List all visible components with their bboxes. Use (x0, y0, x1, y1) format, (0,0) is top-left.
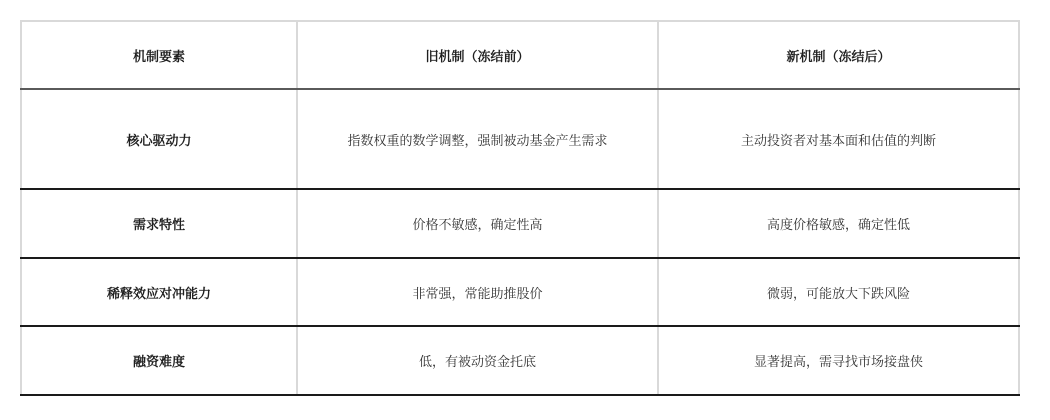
row-factor: 稀释效应对冲能力 (21, 258, 297, 326)
row-new-value: 高度价格敏感，确定性低 (658, 189, 1019, 258)
row-old-value: 非常强，常能助推股价 (297, 258, 658, 326)
row-new-value: 主动投资者对基本面和估值的判断 (658, 89, 1019, 189)
table-row: 核心驱动力 指数权重的数学调整，强制被动基金产生需求 主动投资者对基本面和估值的… (21, 89, 1019, 189)
row-factor: 需求特性 (21, 189, 297, 258)
row-factor: 核心驱动力 (21, 89, 297, 189)
row-new-value: 微弱，可能放大下跌风险 (658, 258, 1019, 326)
table-header-row: 机制要素 旧机制（冻结前） 新机制（冻结后） (21, 21, 1019, 89)
row-old-value: 指数权重的数学调整，强制被动基金产生需求 (297, 89, 658, 189)
row-old-value: 低，有被动资金托底 (297, 326, 658, 395)
header-new-mechanism: 新机制（冻结后） (658, 21, 1019, 89)
table-row: 需求特性 价格不敏感，确定性高 高度价格敏感，确定性低 (21, 189, 1019, 258)
table-row: 稀释效应对冲能力 非常强，常能助推股价 微弱，可能放大下跌风险 (21, 258, 1019, 326)
row-new-value: 显著提高，需寻找市场接盘侠 (658, 326, 1019, 395)
mechanism-comparison-table: 机制要素 旧机制（冻结前） 新机制（冻结后） 核心驱动力 指数权重的数学调整，强… (20, 20, 1020, 396)
header-old-mechanism: 旧机制（冻结前） (297, 21, 658, 89)
row-old-value: 价格不敏感，确定性高 (297, 189, 658, 258)
row-factor: 融资难度 (21, 326, 297, 395)
header-factor: 机制要素 (21, 21, 297, 89)
table-row: 融资难度 低，有被动资金托底 显著提高，需寻找市场接盘侠 (21, 326, 1019, 395)
